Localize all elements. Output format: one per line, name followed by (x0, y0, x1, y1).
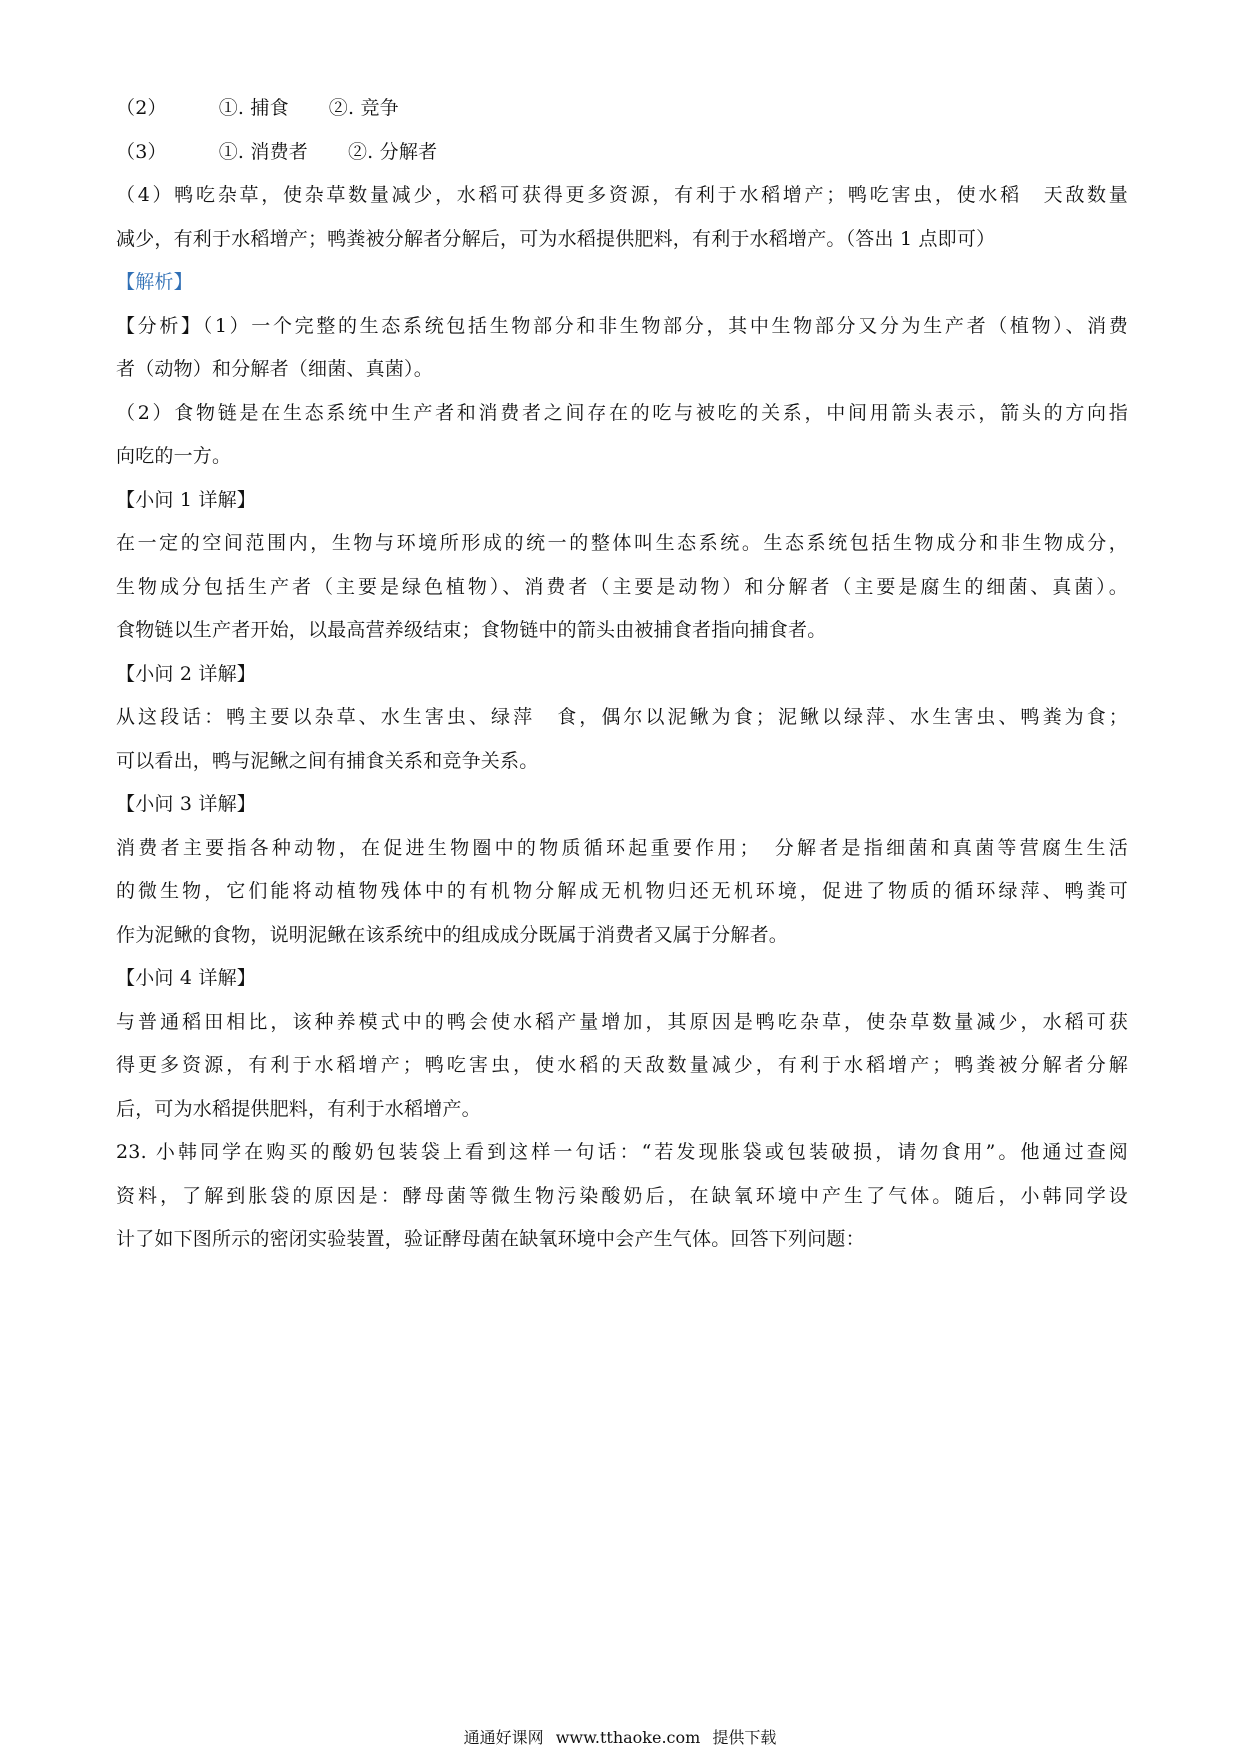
sub3-line3: 作为泥鳅的食物，说明泥鳅在该系统中的组成成分既属于消费者又属于分解者。 (116, 922, 1128, 948)
analysis-fenxi-line4: 向吃的一方。 (116, 443, 1128, 469)
sub1-heading: 【小问 1 详解】 (116, 487, 1128, 513)
footer-url-link[interactable]: www.tthaoke.com (556, 1728, 701, 1747)
analysis-fenxi-line3: （2）食物链是在生态系统中生产者和消费者之间存在的吃与被吃的关系，中间用箭头表示… (116, 400, 1128, 426)
answer-q3: （3）①. 消费者②. 分解者 (116, 139, 1128, 165)
footer-suffix: 提供下载 (712, 1728, 776, 1747)
sub4-line3: 后，可为水稻提供肥料，有利于水稻增产。 (116, 1096, 1128, 1122)
sub2-line2: 可以看出，鸭与泥鳅之间有捕食关系和竞争关系。 (116, 748, 1128, 774)
question23-line1: 23. 小韩同学在购买的酸奶包装袋上看到这样一句话：“若发现胀袋或包装破损，请勿… (116, 1139, 1128, 1165)
answer-q4-line2: 减少，有利于水稻增产；鸭粪被分解者分解后，可为水稻提供肥料，有利于水稻增产。（答… (116, 226, 1128, 252)
answer-q2-number: （2） (116, 97, 167, 119)
sub3-heading: 【小问 3 详解】 (116, 791, 1128, 817)
sub4-heading: 【小问 4 详解】 (116, 965, 1128, 991)
sub2-heading: 【小问 2 详解】 (116, 661, 1128, 687)
answer-q4-line1: （4）鸭吃杂草，使杂草数量减少，水稻可获得更多资源，有利于水稻增产；鸭吃害虫，使… (116, 182, 1128, 208)
sub1-line3: 食物链以生产者开始，以最高营养级结束；食物链中的箭头由被捕食者指向捕食者。 (116, 617, 1128, 643)
answer-q2: （2）①. 捕食②. 竞争 (116, 95, 1128, 121)
sub1-line2: 生物成分包括生产者（主要是绿色植物）、消费者（主要是动物）和分解者（主要是腐生的… (116, 574, 1128, 600)
document-page: （2）①. 捕食②. 竞争 （3）①. 消费者②. 分解者 （4）鸭吃杂草，使杂… (0, 0, 1240, 1754)
answer-q3-option1: ①. 消费者 (219, 141, 308, 163)
sub4-line1: 与普通稻田相比，该种养模式中的鸭会使水稻产量增加，其原因是鸭吃杂草，使杂草数量减… (116, 1009, 1128, 1035)
answer-q2-option2: ②. 竞争 (329, 97, 399, 119)
question23-line2: 资料，了解到胀袋的原因是：酵母菌等微生物污染酸奶后，在缺氧环境中产生了气体。随后… (116, 1183, 1128, 1209)
answer-q2-option1: ①. 捕食 (219, 97, 289, 119)
sub3-line1: 消费者主要指各种动物，在促进生物圈中的物质循环起重要作用； 分解者是指细菌和真菌… (116, 835, 1128, 861)
sub1-line1: 在一定的空间范围内，生物与环境所形成的统一的整体叫生态系统。生态系统包括生物成分… (116, 530, 1128, 556)
question23-line3: 计了如下图所示的密闭实验装置，验证酵母菌在缺氧环境中会产生气体。回答下列问题： (116, 1226, 1128, 1252)
analysis-fenxi-line2: 者（动物）和分解者（细菌、真菌）。 (116, 356, 1128, 382)
answer-q3-number: （3） (116, 141, 167, 163)
footer-site-name: 通通好课网 (464, 1728, 544, 1747)
analysis-heading: 【解析】 (116, 269, 1128, 295)
sub2-line1: 从这段话：鸭主要以杂草、水生害虫、绿萍 食，偶尔以泥鳅为食；泥鳅以绿萍、水生害虫… (116, 704, 1128, 730)
sub4-line2: 得更多资源，有利于水稻增产；鸭吃害虫，使水稻的天敌数量减少，有利于水稻增产；鸭粪… (116, 1052, 1128, 1078)
sub3-line2: 的微生物，它们能将动植物残体中的有机物分解成无机物归还无机环境，促进了物质的循环… (116, 878, 1128, 904)
answer-q3-option2: ②. 分解者 (348, 141, 437, 163)
page-footer: 通通好课网www.tthaoke.com提供下载 (0, 1727, 1240, 1749)
analysis-fenxi-line1: 【分析】（1）一个完整的生态系统包括生物部分和非生物部分，其中生物部分又分为生产… (116, 313, 1128, 339)
